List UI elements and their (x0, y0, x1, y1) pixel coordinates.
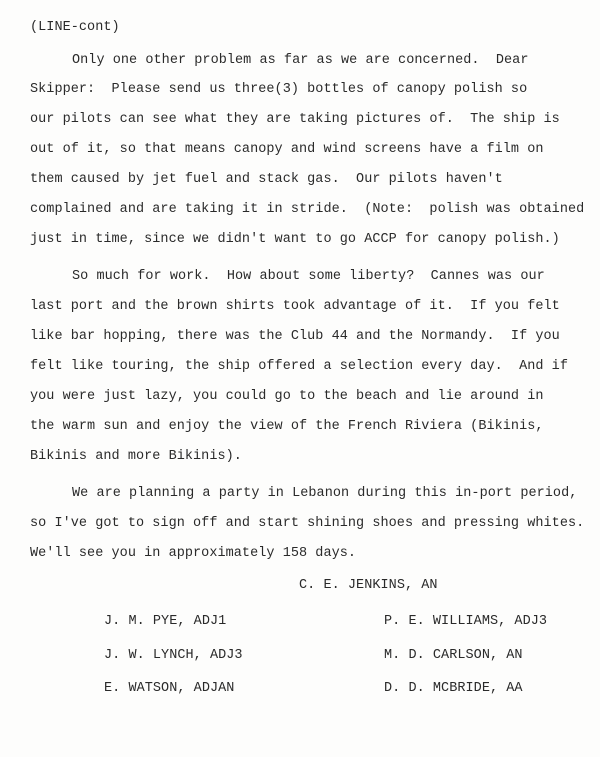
paragraph-3-line-3: We'll see you in approximately 158 days. (30, 546, 356, 562)
paragraph-1-line-1: Only one other problem as far as we are … (72, 53, 528, 69)
signatory-right-1: P. E. WILLIAMS, ADJ3 (384, 614, 547, 630)
paragraph-3-line-1: We are planning a party in Lebanon durin… (72, 486, 577, 502)
paragraph-2-line-6: the warm sun and enjoy the view of the F… (30, 419, 544, 435)
paragraph-1-line-2: Skipper: Please send us three(3) bottles… (30, 82, 527, 98)
paragraph-1-line-6: complained and are taking it in stride. … (30, 202, 584, 218)
signatory-right-2: M. D. CARLSON, AN (384, 648, 523, 664)
paragraph-2-line-3: like bar hopping, there was the Club 44 … (30, 329, 560, 345)
signatory-left-1: J. M. PYE, ADJ1 (104, 614, 226, 630)
paragraph-1-line-3: our pilots can see what they are taking … (30, 112, 560, 128)
paragraph-2-line-5: you were just lazy, you could go to the … (30, 389, 544, 405)
paragraph-2-line-4: felt like touring, the ship offered a se… (30, 359, 568, 375)
paragraph-1-line-4: out of it, so that means canopy and wind… (30, 142, 544, 158)
document-page: (LINE-cont) Only one other problem as fa… (0, 0, 600, 757)
paragraph-1-line-7: just in time, since we didn't want to go… (30, 232, 560, 248)
paragraph-2-line-1: So much for work. How about some liberty… (72, 269, 545, 285)
signatory-left-3: E. WATSON, ADJAN (104, 681, 234, 697)
signatory-left-2: J. W. LYNCH, ADJ3 (104, 648, 243, 664)
paragraph-3-line-2: so I've got to sign off and start shinin… (30, 516, 584, 532)
section-header: (LINE-cont) (30, 20, 120, 36)
signatory-right-3: D. D. MCBRIDE, AA (384, 681, 523, 697)
paragraph-2-line-7: Bikinis and more Bikinis). (30, 449, 242, 465)
paragraph-1-line-5: them caused by jet fuel and stack gas. O… (30, 172, 503, 188)
paragraph-2-line-2: last port and the brown shirts took adva… (30, 299, 560, 315)
signature-author: C. E. JENKINS, AN (299, 578, 438, 594)
